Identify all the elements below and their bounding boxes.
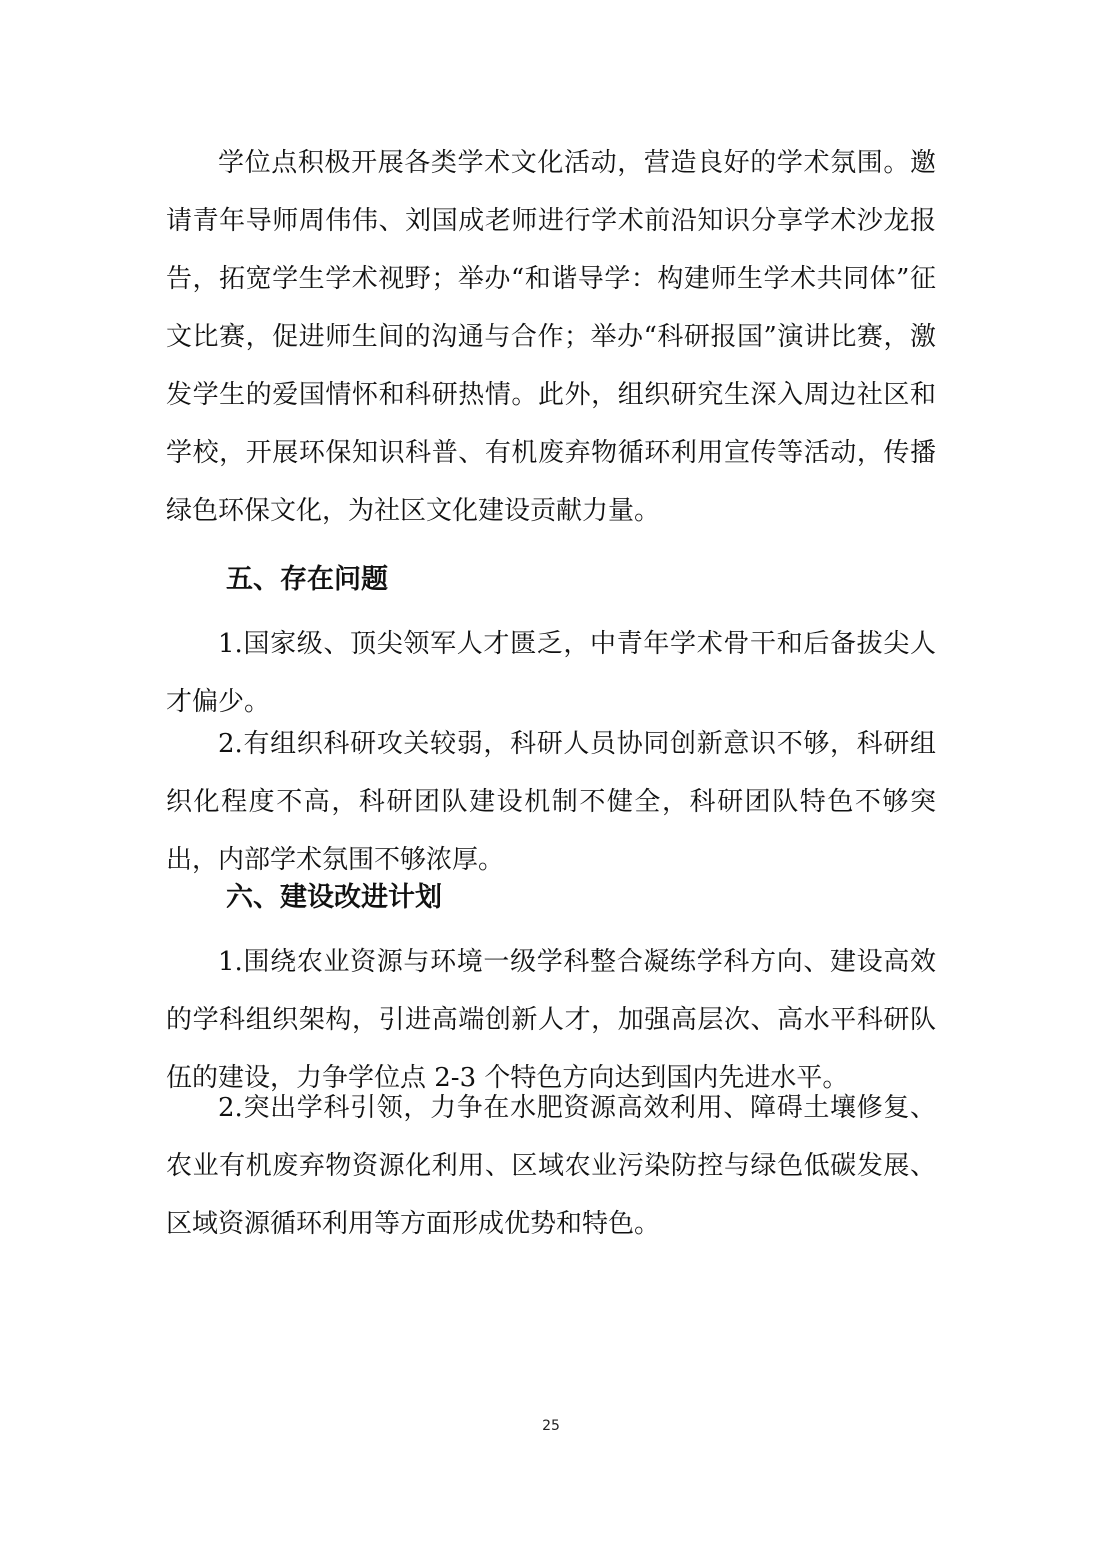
heading-existing-problems: 五、存在问题: [226, 560, 388, 600]
paragraph-academic-activities: 学位点积极开展各类学术文化活动，营造良好的学术氛围。邀请青年导师周伟伟、刘国成老…: [166, 134, 936, 540]
problem-item-2: 2.有组织科研攻关较弱，科研人员协同创新意识不够，科研组织化程度不高，科研团队建…: [166, 715, 936, 889]
problem-item-1: 1.国家级、顶尖领军人才匮乏，中青年学术骨干和后备拔尖人才偏少。: [166, 615, 936, 731]
heading-improvement-plan: 六、建设改进计划: [226, 878, 442, 918]
page-number: 25: [0, 1418, 1102, 1434]
plan-item-2: 2.突出学科引领，力争在水肥资源高效利用、障碍土壤修复、农业有机废弃物资源化利用…: [166, 1079, 936, 1253]
